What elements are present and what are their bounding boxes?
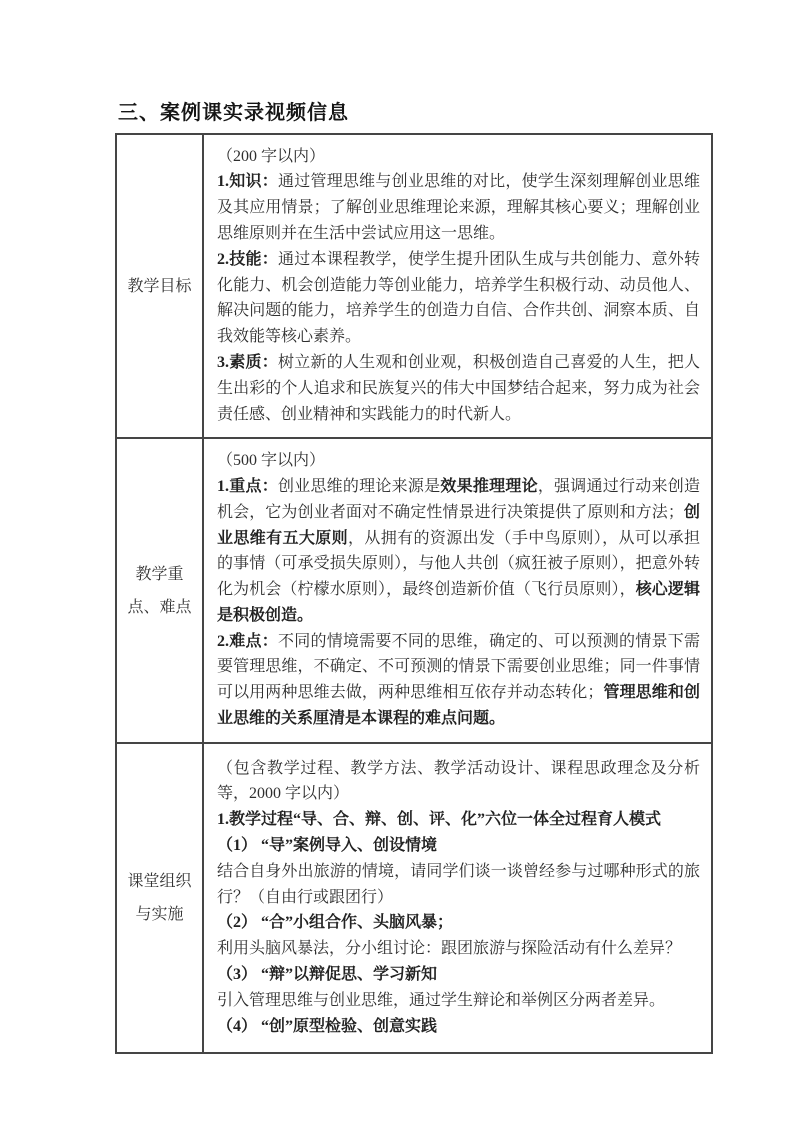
paragraph: （500 字以内） <box>217 448 700 474</box>
paragraph: （3） “辩”以辩促思、学习新知 <box>217 962 700 988</box>
section-title: 三、案例课实录视频信息 <box>118 100 349 126</box>
paragraph: 1.教学过程“导、合、辩、创、评、化”六位一体全过程育人模式 <box>217 807 700 833</box>
table-row: 教学重点、难点（500 字以内）1.重点：创业思维的理论来源是效果推理理论，强调… <box>116 438 712 743</box>
paragraph: 1.知识：通过管理思维与创业思维的对比，使学生深刻理解创业思维及其应用情景；了解… <box>217 169 700 246</box>
paragraph: （1） “导”案例导入、创设情境 <box>217 833 700 859</box>
paragraph: （包含教学过程、教学方法、教学活动设计、课程思政理念及分析等，2000 字以内） <box>217 756 700 808</box>
paragraph: 结合自身外出旅游的情境，请同学们谈一谈曾经参与过哪种形式的旅行？（自由行或跟团行… <box>217 859 700 911</box>
row-label-line: 教学目标 <box>119 270 200 303</box>
table-row: 课堂组织与实施（包含教学过程、教学方法、教学活动设计、课程思政理念及分析等，20… <box>116 743 712 1053</box>
document-page: 三、案例课实录视频信息 教学目标（200 字以内）1.知识：通过管理思维与创业思… <box>0 0 794 1123</box>
text-run: 通过本课程教学，使学生提升团队生成与共创能力、意外转化能力、机会创造能力等创业能… <box>217 251 700 345</box>
paragraph: 2.技能：通过本课程教学，使学生提升团队生成与共创能力、意外转化能力、机会创造能… <box>217 247 700 350</box>
row-label-line: 点、难点 <box>119 591 200 624</box>
bold-run: 1.重点： <box>217 478 278 495</box>
text-run: 通过管理思维与创业思维的对比，使学生深刻理解创业思维及其应用情景；了解创业思维理… <box>217 173 700 242</box>
text-run: 创业思维的理论来源是 <box>278 478 440 495</box>
paragraph: 利用头脑风暴法，分小组讨论：跟团旅游与探险活动有什么差异？ <box>217 936 700 962</box>
text-run: （500 字以内） <box>217 452 325 469</box>
course-info-table-body: 教学目标（200 字以内）1.知识：通过管理思维与创业思维的对比，使学生深刻理解… <box>116 134 712 1053</box>
text-run: （包含教学过程、教学方法、教学活动设计、课程思政理念及分析等，2000 字以内） <box>217 760 700 803</box>
row-label-line: 教学重 <box>119 558 200 591</box>
text-run: 引入管理思维与创业思维，通过学生辩论和举例区分两者差异。 <box>217 992 665 1009</box>
bold-run: （4） “创”原型检验、创意实践 <box>217 1018 437 1035</box>
course-info-table: 教学目标（200 字以内）1.知识：通过管理思维与创业思维的对比，使学生深刻理解… <box>115 133 713 1054</box>
row-content: （500 字以内）1.重点：创业思维的理论来源是效果推理理论，强调通过行动来创造… <box>203 438 712 743</box>
paragraph: 3.素质：树立新的人生观和创业观，积极创造自己喜爱的人生，把人生出彩的个人追求和… <box>217 350 700 427</box>
bold-run: 2.难点： <box>217 633 278 650</box>
row-label: 教学目标 <box>116 134 203 438</box>
bold-run: 效果推理理论 <box>440 478 537 495</box>
table-row: 教学目标（200 字以内）1.知识：通过管理思维与创业思维的对比，使学生深刻理解… <box>116 134 712 438</box>
row-label-line: 与实施 <box>119 898 200 931</box>
paragraph: 2.难点：不同的情境需要不同的思维，确定的、可以预测的情景下需要管理思维，不确定… <box>217 629 700 732</box>
bold-run: （3） “辩”以辩促思、学习新知 <box>217 966 437 983</box>
text-run: 结合自身外出旅游的情境，请同学们谈一谈曾经参与过哪种形式的旅行？（自由行或跟团行… <box>217 863 700 906</box>
text-run: （200 字以内） <box>217 148 325 165</box>
bold-run: （1） “导”案例导入、创设情境 <box>217 837 437 854</box>
paragraph: （200 字以内） <box>217 144 700 170</box>
bold-run: 3.素质： <box>217 354 278 371</box>
paragraph: （2） “合”小组合作、头脑风暴； <box>217 910 700 936</box>
text-run: 利用头脑风暴法，分小组讨论：跟团旅游与探险活动有什么差异？ <box>217 940 681 957</box>
bold-run: 1.知识： <box>217 173 278 190</box>
row-label: 教学重点、难点 <box>116 438 203 743</box>
paragraph: （4） “创”原型检验、创意实践 <box>217 1014 700 1040</box>
bold-run: 1.教学过程“导、合、辩、创、评、化”六位一体全过程育人模式 <box>217 811 661 828</box>
row-content: （包含教学过程、教学方法、教学活动设计、课程思政理念及分析等，2000 字以内）… <box>203 743 712 1053</box>
bold-run: 2.技能： <box>217 251 278 268</box>
row-label: 课堂组织与实施 <box>116 743 203 1053</box>
paragraph: 引入管理思维与创业思维，通过学生辩论和举例区分两者差异。 <box>217 988 700 1014</box>
text-run: 树立新的人生观和创业观，积极创造自己喜爱的人生，把人生出彩的个人追求和民族复兴的… <box>217 354 700 423</box>
bold-run: （2） “合”小组合作、头脑风暴； <box>217 914 453 931</box>
row-content: （200 字以内）1.知识：通过管理思维与创业思维的对比，使学生深刻理解创业思维… <box>203 134 712 438</box>
paragraph: 1.重点：创业思维的理论来源是效果推理理论，强调通过行动来创造机会，它为创业者面… <box>217 474 700 629</box>
row-label-line: 课堂组织 <box>119 865 200 898</box>
